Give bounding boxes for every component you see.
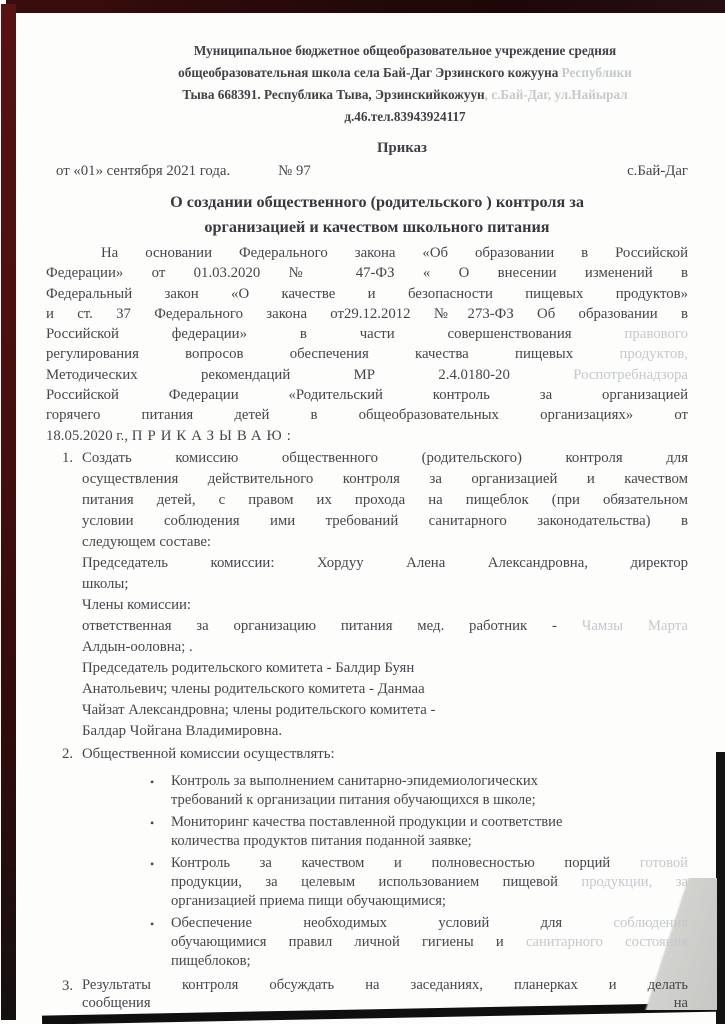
text-run: Обеспечение необходимых условий для — [171, 915, 613, 931]
text-run: Роспотребнадзора — [573, 367, 688, 383]
bullet-item: • Контроль за качеством и полновесностью… — [150, 854, 688, 911]
text-run: Результаты контроля обсуждать на заседан… — [82, 977, 688, 993]
text-line: пищеблоков; — [171, 952, 688, 971]
item-2-text: Общественной комиссии осуществлять: — [82, 744, 688, 765]
text-run: продукции, за — [581, 874, 688, 890]
text-line: общеобразовательная школа села Бай-Даг Э… — [140, 62, 670, 84]
text-run: санитарного состояния — [526, 934, 688, 950]
text-run: пищеблоков; — [171, 953, 251, 969]
text-run: Республики — [562, 65, 632, 80]
item-3-tail-right: на — [674, 994, 688, 1012]
text-run: д.46.тел.83943924117 — [344, 109, 465, 124]
bullet-item: • Обеспечение необходимых условий для со… — [150, 914, 688, 971]
text-line: регулирования вопросов обеспечения качес… — [46, 344, 688, 364]
item-number: 2. — [62, 744, 82, 974]
order-place: с.Бай-Даг — [627, 162, 688, 181]
text-run: осуществления действительного контроля з… — [82, 471, 688, 487]
text-run: , с.Бай-Даг, ул.Найырал — [485, 87, 628, 102]
text-run: соблюдения — [613, 915, 688, 931]
text-run: следующем составе: — [82, 534, 211, 550]
scanned-document: Муниципальное бюджетное общеобразователь… — [0, 0, 725, 1024]
document-page: Муниципальное бюджетное общеобразователь… — [0, 0, 725, 1012]
text-line: организацией и качеством школьного питан… — [66, 215, 688, 240]
text-line: Российской Федерации «Родительский контр… — [46, 385, 688, 405]
text-line: Тыва 668391. Республика Тыва, Эрзинскийк… — [140, 84, 670, 106]
text-line: Контроль за качеством и полновесностью п… — [171, 854, 688, 873]
text-run: ПРИКАЗЫВАЮ: — [132, 428, 296, 444]
text-run: продуктов, — [619, 346, 688, 362]
preamble-paragraph: На основании Федерального закона «Об обр… — [46, 243, 688, 446]
text-run: Тыва 668391. Республика Тыва, Эрзинскийк… — [182, 87, 484, 102]
item-1-text: Создать комиссию общественного (родитель… — [82, 448, 688, 553]
text-run: продукции, за целевым использованием пищ… — [171, 874, 581, 890]
text-line: Муниципальное бюджетное общеобразователь… — [140, 40, 670, 62]
item-3-text: Результаты контроля обсуждать на заседан… — [82, 976, 688, 994]
text-line: Методических рекомендаций МР 2.4.0180-20… — [46, 365, 688, 385]
text-run: Члены комиссии: — [82, 597, 191, 613]
order-date: от «01» сентября 2021 года. — [56, 162, 230, 181]
order-item-1: 1. Создать комиссию общественного (родит… — [62, 448, 688, 742]
text-line: организацией приема пищи обучающимися; — [171, 892, 688, 911]
text-run: Алдын-ооловна; . — [82, 639, 193, 655]
order-number: № 97 — [278, 162, 311, 181]
text-run: Председатель родительского комитета - Ба… — [82, 660, 414, 676]
text-line: школы; — [82, 574, 688, 595]
text-line: ответственная за организацию питания мед… — [82, 616, 688, 637]
text-run: Создать комиссию общественного (родитель… — [82, 450, 688, 466]
bullet-item: • Контроль за выполнением санитарно-эпид… — [150, 772, 688, 810]
text-line: Обеспечение необходимых условий для собл… — [171, 914, 688, 933]
commission-members: Председатель комиссии: Хордуу Алена Алек… — [82, 553, 688, 742]
text-run: Общественной комиссии осуществлять: — [82, 746, 335, 762]
text-line: Контроль за выполнением санитарно-эпидем… — [171, 772, 688, 791]
text-run: Методических рекомендаций МР 2.4.0180-20 — [46, 367, 573, 383]
text-run: Федерации» от 01.03.2020 № 47-ФЗ « О вне… — [46, 265, 688, 281]
text-line: количества продуктов питания поданной за… — [171, 832, 688, 851]
text-line: О создании общественного (родительского … — [66, 190, 688, 215]
text-run: Контроль за качеством и полновесностью п… — [171, 855, 640, 871]
item-3-tail-left: сообщения — [82, 994, 151, 1012]
text-run: Федеральный закон «О качестве и безопасн… — [46, 286, 688, 302]
text-line: Мониторинг качества поставленной продукц… — [171, 813, 688, 832]
order-title: Приказ — [116, 139, 688, 157]
order-items: 1. Создать комиссию общественного (родит… — [62, 448, 688, 1012]
text-run: Балдар Чойгана Владимировна. — [82, 723, 282, 739]
text-run: Мониторинг качества поставленной продукц… — [171, 814, 562, 830]
bullet-icon: • — [150, 772, 171, 810]
text-line: Чайзат Александровна; члены родительског… — [82, 700, 688, 721]
text-run: Российской федерации» в части совершенст… — [46, 326, 624, 342]
text-line: Балдар Чойгана Владимировна. — [82, 721, 688, 742]
bullet-icon: • — [150, 854, 171, 911]
bullet-icon: • — [150, 914, 171, 971]
text-run: требований к организации питания обучающ… — [171, 792, 536, 808]
text-run: готовой — [640, 855, 688, 871]
order-subject: О создании общественного (родительского … — [66, 190, 688, 239]
text-run: школы; — [82, 576, 128, 592]
text-run: регулирования вопросов обеспечения качес… — [46, 346, 619, 362]
text-line: Создать комиссию общественного (родитель… — [82, 448, 688, 469]
text-line: осуществления действительного контроля з… — [82, 469, 688, 490]
text-run: Чамзы Марта — [582, 618, 688, 634]
duties-bullet-list: • Контроль за выполнением санитарно-эпид… — [150, 772, 688, 971]
text-run: Анатольевич; члены родительского комитет… — [82, 681, 425, 697]
order-item-2: 2. Общественной комиссии осуществлять: •… — [62, 744, 688, 974]
text-run: обучающимися правил личной гигиены и — [171, 934, 526, 950]
text-line: Председатель комиссии: Хордуу Алена Алек… — [82, 553, 688, 574]
item-3-tail: сообщения на — [82, 994, 688, 1012]
item-number: 1. — [62, 448, 82, 742]
text-line: Общественной комиссии осуществлять: — [82, 744, 688, 765]
text-line: На основании Федерального закона «Об обр… — [46, 243, 688, 263]
text-line: 18.05.2020 г., ПРИКАЗЫВАЮ: — [46, 426, 688, 446]
text-run: На основании Федерального закона «Об обр… — [101, 245, 688, 261]
text-line: горячего питания детей в общеобразовател… — [46, 405, 688, 425]
text-line: Члены комиссии: — [82, 595, 688, 616]
text-run: и ст. 37 Федерального закона от29.12.201… — [46, 306, 688, 322]
text-line: требований к организации питания обучающ… — [171, 791, 688, 810]
text-run: Чайзат Александровна; члены родительског… — [82, 702, 435, 718]
text-line: продукции, за целевым использованием пищ… — [171, 873, 688, 892]
text-line: Федерации» от 01.03.2020 № 47-ФЗ « О вне… — [46, 263, 688, 283]
text-run: Муниципальное бюджетное общеобразователь… — [194, 43, 616, 58]
text-run: ответственная за организацию питания мед… — [82, 618, 582, 634]
item-number: 3. — [62, 976, 82, 1012]
text-line: питания детей, с правом их прохода на пи… — [82, 490, 688, 511]
text-run: Председатель комиссии: Хордуу Алена Алек… — [82, 555, 688, 571]
text-line: следующем составе: — [82, 532, 688, 553]
text-line: Российской федерации» в части совершенст… — [46, 324, 688, 344]
text-line: Анатольевич; члены родительского комитет… — [82, 679, 688, 700]
text-line: д.46.тел.83943924117 — [140, 106, 670, 128]
text-run: О создании общественного (родительского … — [170, 193, 584, 211]
text-run: Контроль за выполнением санитарно-эпидем… — [171, 773, 538, 789]
text-run: количества продуктов питания поданной за… — [171, 833, 472, 849]
text-line: Председатель родительского комитета - Ба… — [82, 658, 688, 679]
text-run: условии соблюдения ими требований санита… — [82, 513, 688, 529]
text-run: Российской Федерации «Родительский контр… — [46, 387, 688, 403]
text-run: общеобразовательная школа села Бай-Даг Э… — [178, 65, 561, 80]
order-item-3: 3. Результаты контроля обсуждать на засе… — [62, 976, 688, 1012]
order-date-row: от «01» сентября 2021 года. № 97 с.Бай-Д… — [56, 162, 688, 181]
text-run: организацией и качеством школьного питан… — [204, 218, 549, 236]
letterhead: Муниципальное бюджетное общеобразователь… — [140, 40, 670, 128]
text-run: правового — [624, 326, 688, 342]
text-run: 18.05.2020 г., — [46, 428, 132, 444]
text-line: условии соблюдения ими требований санита… — [82, 511, 688, 532]
text-run: организацией приема пищи обучающимися; — [171, 893, 446, 909]
bullet-item: • Мониторинг качества поставленной проду… — [150, 813, 688, 851]
text-run: горячего питания детей в общеобразовател… — [46, 407, 688, 423]
text-line: и ст. 37 Федерального закона от29.12.201… — [46, 304, 688, 324]
text-line: Алдын-ооловна; . — [82, 637, 688, 658]
text-line: обучающимися правил личной гигиены и сан… — [171, 933, 688, 952]
text-line: Федеральный закон «О качестве и безопасн… — [46, 284, 688, 304]
text-line: Результаты контроля обсуждать на заседан… — [82, 976, 688, 994]
text-run: питания детей, с правом их прохода на пи… — [82, 492, 688, 508]
bullet-icon: • — [150, 813, 171, 851]
